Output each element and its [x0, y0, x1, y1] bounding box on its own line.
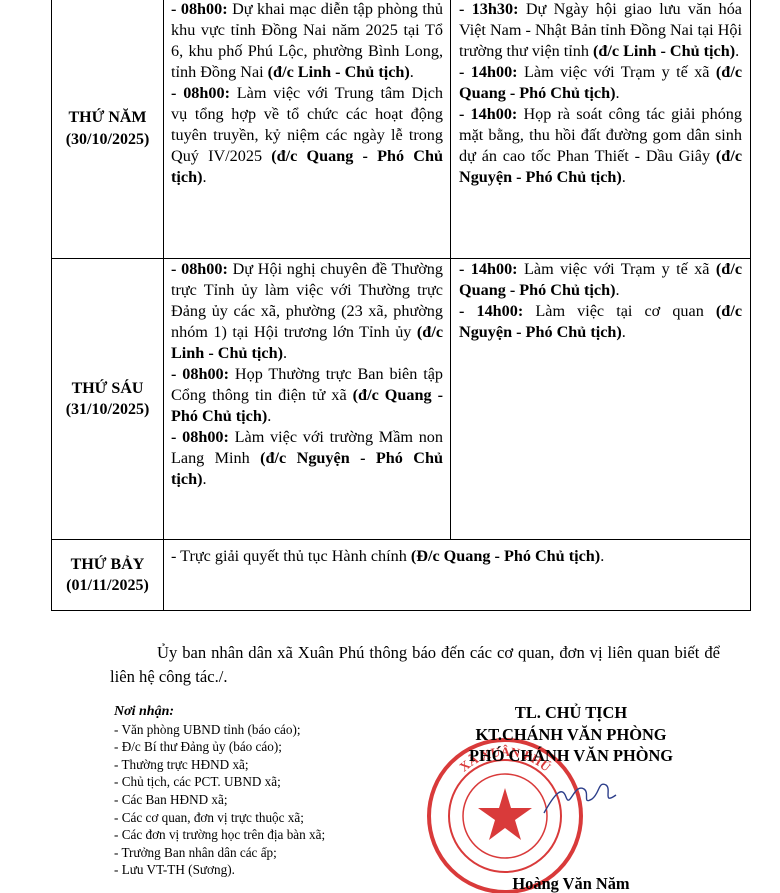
- signature-line-3: PHÓ CHÁNH VĂN PHÒNG: [436, 745, 706, 767]
- schedule-row-saturday: THỨ BẢY (01/11/2025) - Trực giải quyết t…: [52, 540, 751, 611]
- recipient-item: - Các cơ quan, đơn vị trực thuộc xã;: [114, 809, 414, 827]
- signature-line-2: KT.CHÁNH VĂN PHÒNG: [436, 724, 706, 746]
- schedule-table: THỨ NĂM (30/10/2025) - 08h00: Dự khai mạ…: [51, 0, 751, 611]
- day-cell: THỨ NĂM (30/10/2025): [52, 0, 164, 259]
- recipients-list: Nơi nhận: - Văn phòng UBND tỉnh (báo cáo…: [114, 703, 414, 879]
- signature-line-1: TL. CHỦ TỊCH: [436, 702, 706, 724]
- recipient-item: - Các Ban HĐND xã;: [114, 791, 414, 809]
- day-cell: THỨ SÁU (31/10/2025): [52, 259, 164, 540]
- day-name: THỨ SÁU: [52, 378, 163, 400]
- schedule-entry: - 08h00: Dự Hội nghị chuyên đề Thường tr…: [171, 259, 443, 364]
- schedule-entry: - 14h00: Họp rà soát công tác giải phóng…: [459, 104, 742, 188]
- morning-cell: - 08h00: Dự khai mạc diễn tập phòng thủ …: [164, 0, 451, 259]
- schedule-row-friday: THỨ SÁU (31/10/2025) - 08h00: Dự Hội ngh…: [52, 259, 751, 540]
- day-name: THỨ BẢY: [52, 554, 163, 576]
- schedule-entry: - 08h00: Họp Thường trực Ban biên tập Cổ…: [171, 364, 443, 427]
- day-name: THỨ NĂM: [52, 107, 163, 129]
- afternoon-cell: - 14h00: Làm việc với Trạm y tế xã (đ/c …: [451, 259, 751, 540]
- schedule-entry: - 14h00: Làm việc với Trạm y tế xã (đ/c …: [459, 62, 742, 104]
- recipient-item: - Văn phòng UBND tỉnh (báo cáo);: [114, 721, 414, 739]
- schedule-entry: - 14h00: Làm việc tại cơ quan (đ/c Nguyệ…: [459, 301, 742, 343]
- schedule-entry: - 08h00: Làm việc với trường Mầm non Lan…: [171, 427, 443, 490]
- full-day-cell: - Trực giải quyết thủ tục Hành chính (Đ/…: [164, 540, 751, 611]
- recipient-item: - Thường trực HĐND xã;: [114, 756, 414, 774]
- day-date: (31/10/2025): [52, 399, 163, 421]
- day-date: (30/10/2025): [52, 129, 163, 151]
- day-date: (01/11/2025): [52, 575, 163, 597]
- schedule-entry: - 14h00: Làm việc với Trạm y tế xã (đ/c …: [459, 259, 742, 301]
- afternoon-cell: - 13h30: Dự Ngày hội giao lưu văn hóa Vi…: [451, 0, 751, 259]
- schedule-entry: - 13h30: Dự Ngày hội giao lưu văn hóa Vi…: [459, 0, 742, 62]
- schedule-entry: - Trực giải quyết thủ tục Hành chính (Đ/…: [171, 546, 743, 567]
- recipient-item: - Chủ tịch, các PCT. UBND xã;: [114, 773, 414, 791]
- schedule-entry: - 08h00: Dự khai mạc diễn tập phòng thủ …: [171, 0, 443, 83]
- recipient-item: - Trưởng Ban nhân dân các ấp;: [114, 844, 414, 862]
- recipient-item: - Các đơn vị trường học trên địa bàn xã;: [114, 826, 414, 844]
- schedule-row-thursday: THỨ NĂM (30/10/2025) - 08h00: Dự khai mạ…: [52, 0, 751, 259]
- signer-name: Hoàng Văn Năm: [436, 874, 706, 893]
- day-cell: THỨ BẢY (01/11/2025): [52, 540, 164, 611]
- schedule-entry: - 08h00: Làm việc với Trung tâm Dịch vụ …: [171, 83, 443, 188]
- recipients-title: Nơi nhận:: [114, 703, 414, 721]
- recipient-item: - Đ/c Bí thư Đảng ủy (báo cáo);: [114, 738, 414, 756]
- signature-icon: [540, 775, 620, 825]
- notice-paragraph: Ủy ban nhân dân xã Xuân Phú thông báo đế…: [110, 641, 720, 689]
- morning-cell: - 08h00: Dự Hội nghị chuyên đề Thường tr…: [164, 259, 451, 540]
- recipient-item: - Lưu VT-TH (Sương).: [114, 861, 414, 879]
- signature-block: TL. CHỦ TỊCH KT.CHÁNH VĂN PHÒNG PHÓ CHÁN…: [436, 702, 706, 767]
